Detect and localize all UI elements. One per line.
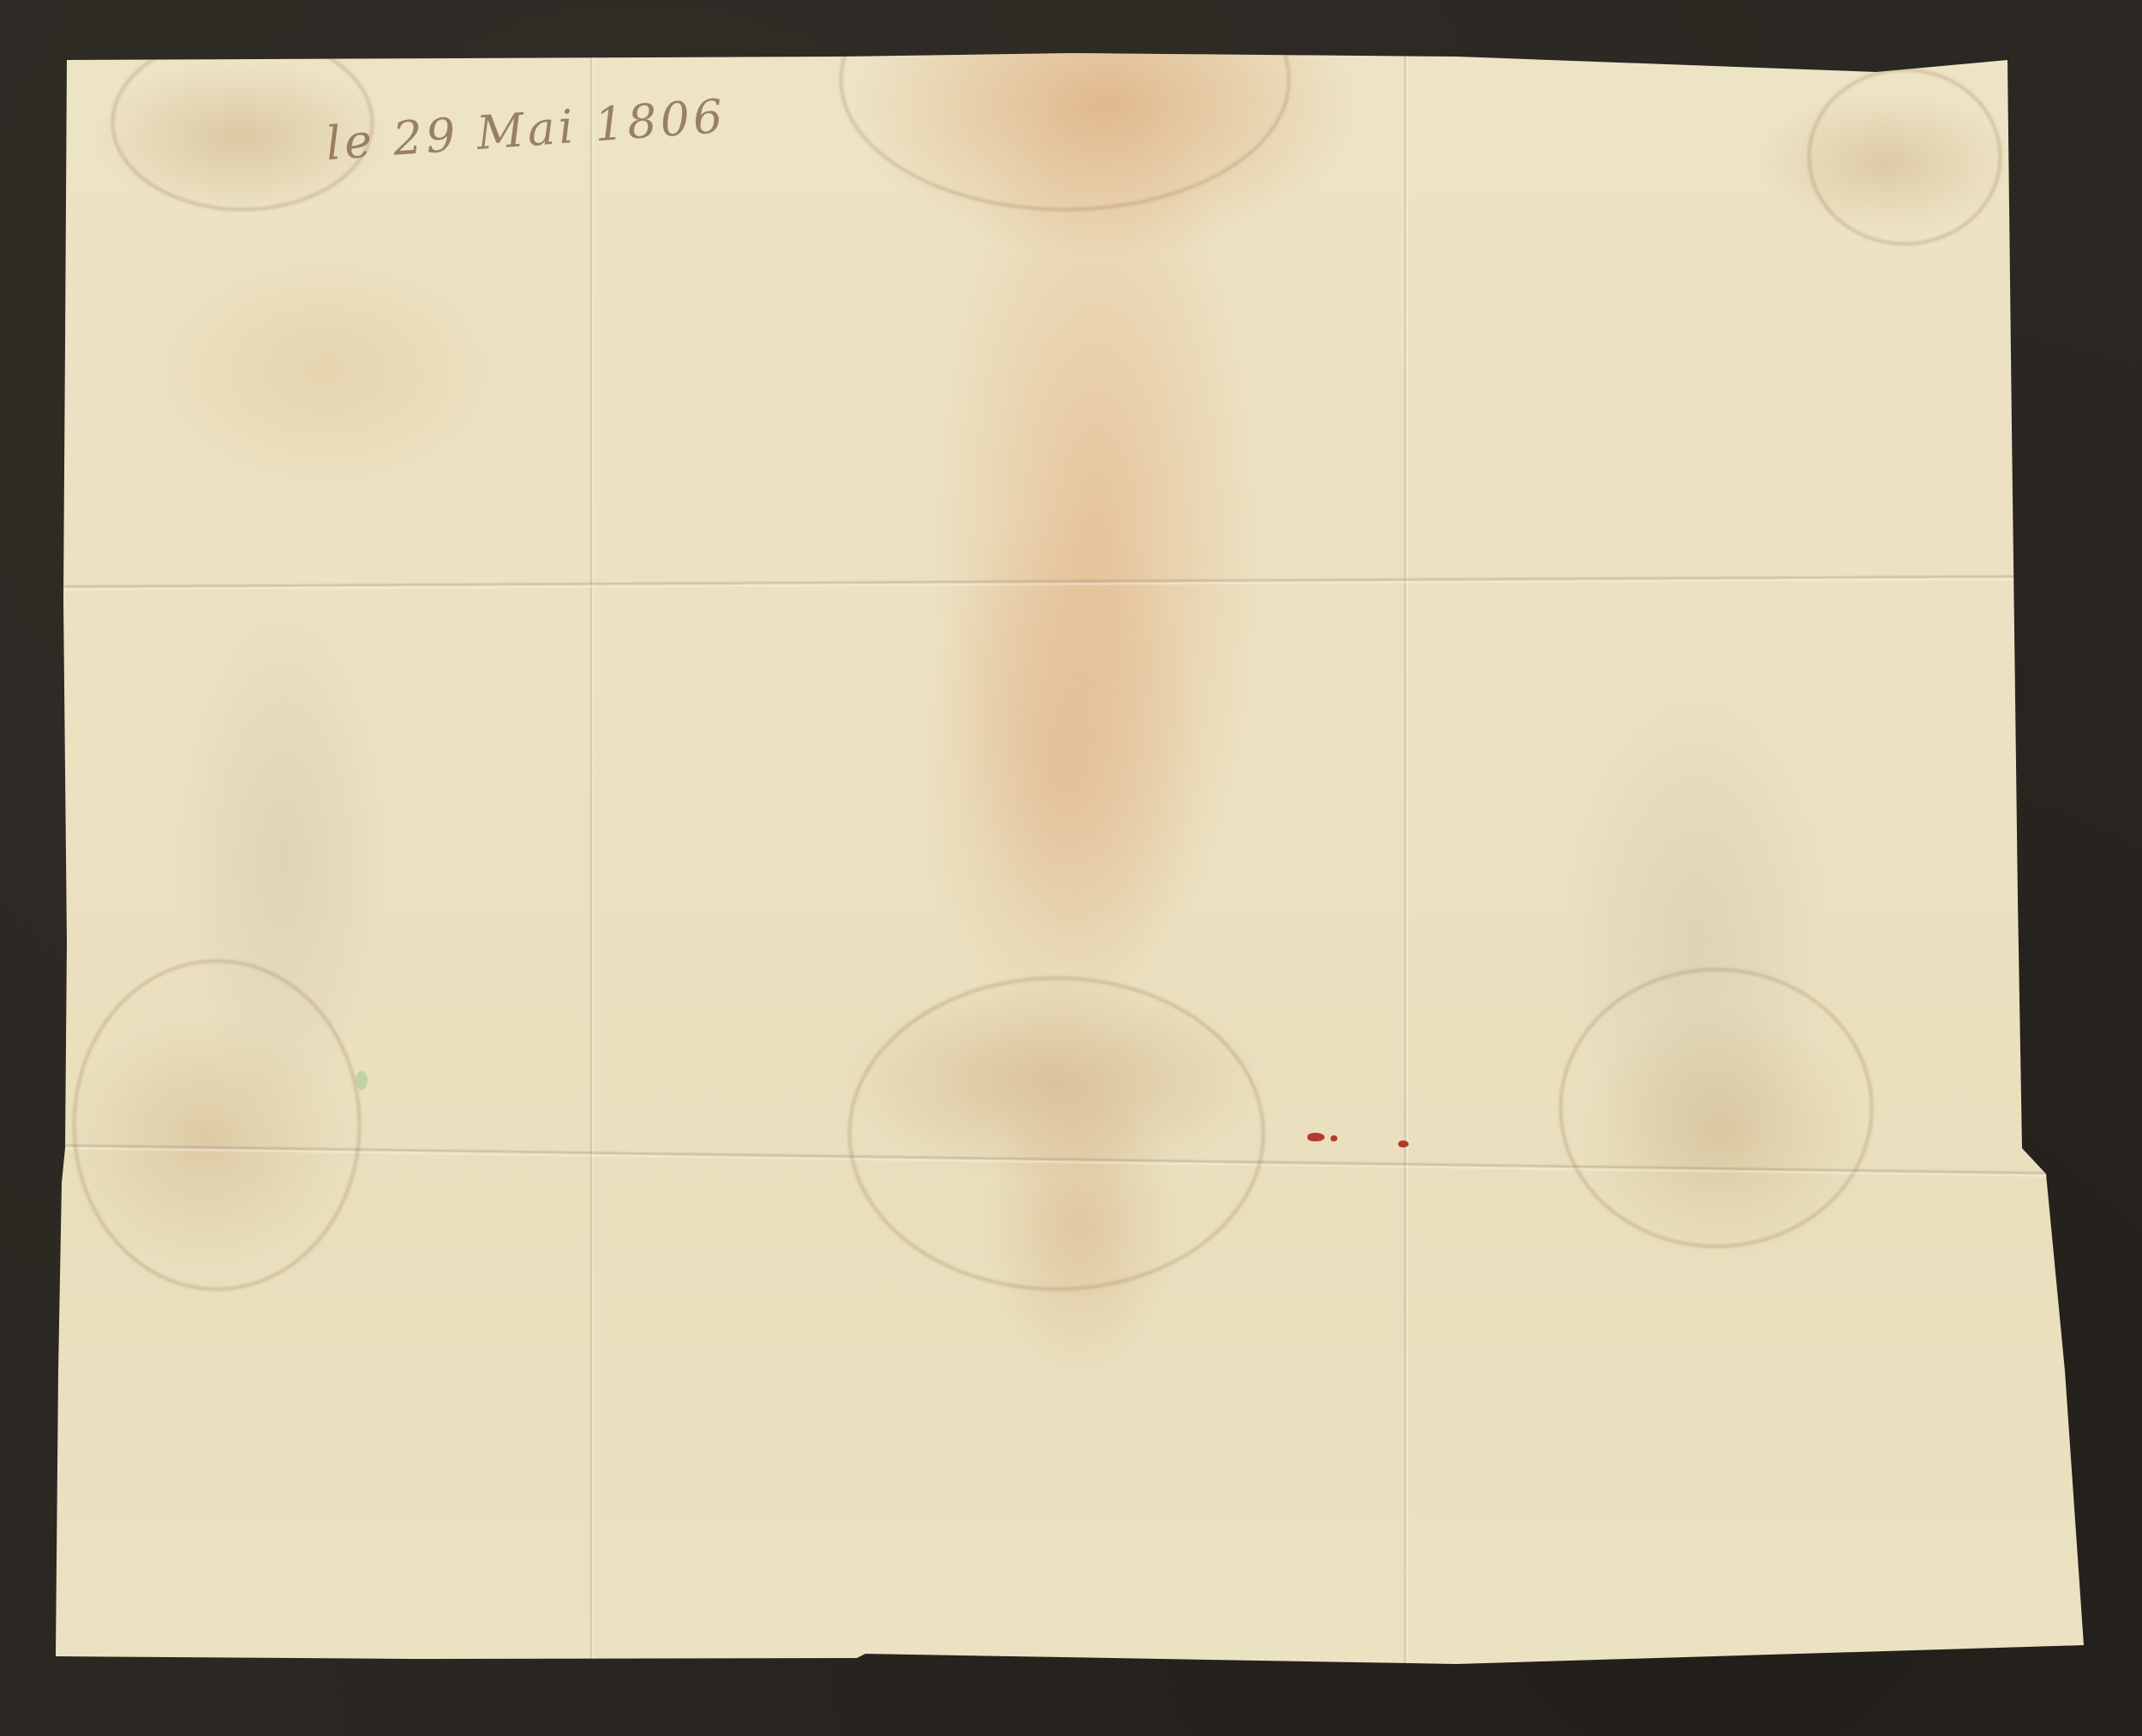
fold-line-horizontal-upper: [51, 574, 2039, 591]
fold-line-vertical-right: [1403, 51, 1409, 1671]
stain-ring-bottom-right: [1559, 968, 1873, 1248]
red-wax-fleck: [1331, 1135, 1337, 1141]
red-wax-fleck: [1398, 1140, 1409, 1147]
stain-ring-top-right: [1808, 69, 2001, 245]
stain-ring-bottom-left: [73, 960, 361, 1290]
fold-line-vertical-left: [589, 51, 595, 1662]
stain-ring-lower-center: [848, 977, 1265, 1290]
stain-ring-top-center: [840, 0, 1290, 211]
red-wax-fleck: [1307, 1133, 1325, 1141]
green-speck: [356, 1071, 368, 1090]
parchment-sheet: le 29 Mai 1806: [0, 0, 2142, 1736]
parchment-document: le 29 Mai 1806: [0, 0, 2142, 1736]
handwritten-date-annotation: le 29 Mai 1806: [324, 89, 727, 171]
